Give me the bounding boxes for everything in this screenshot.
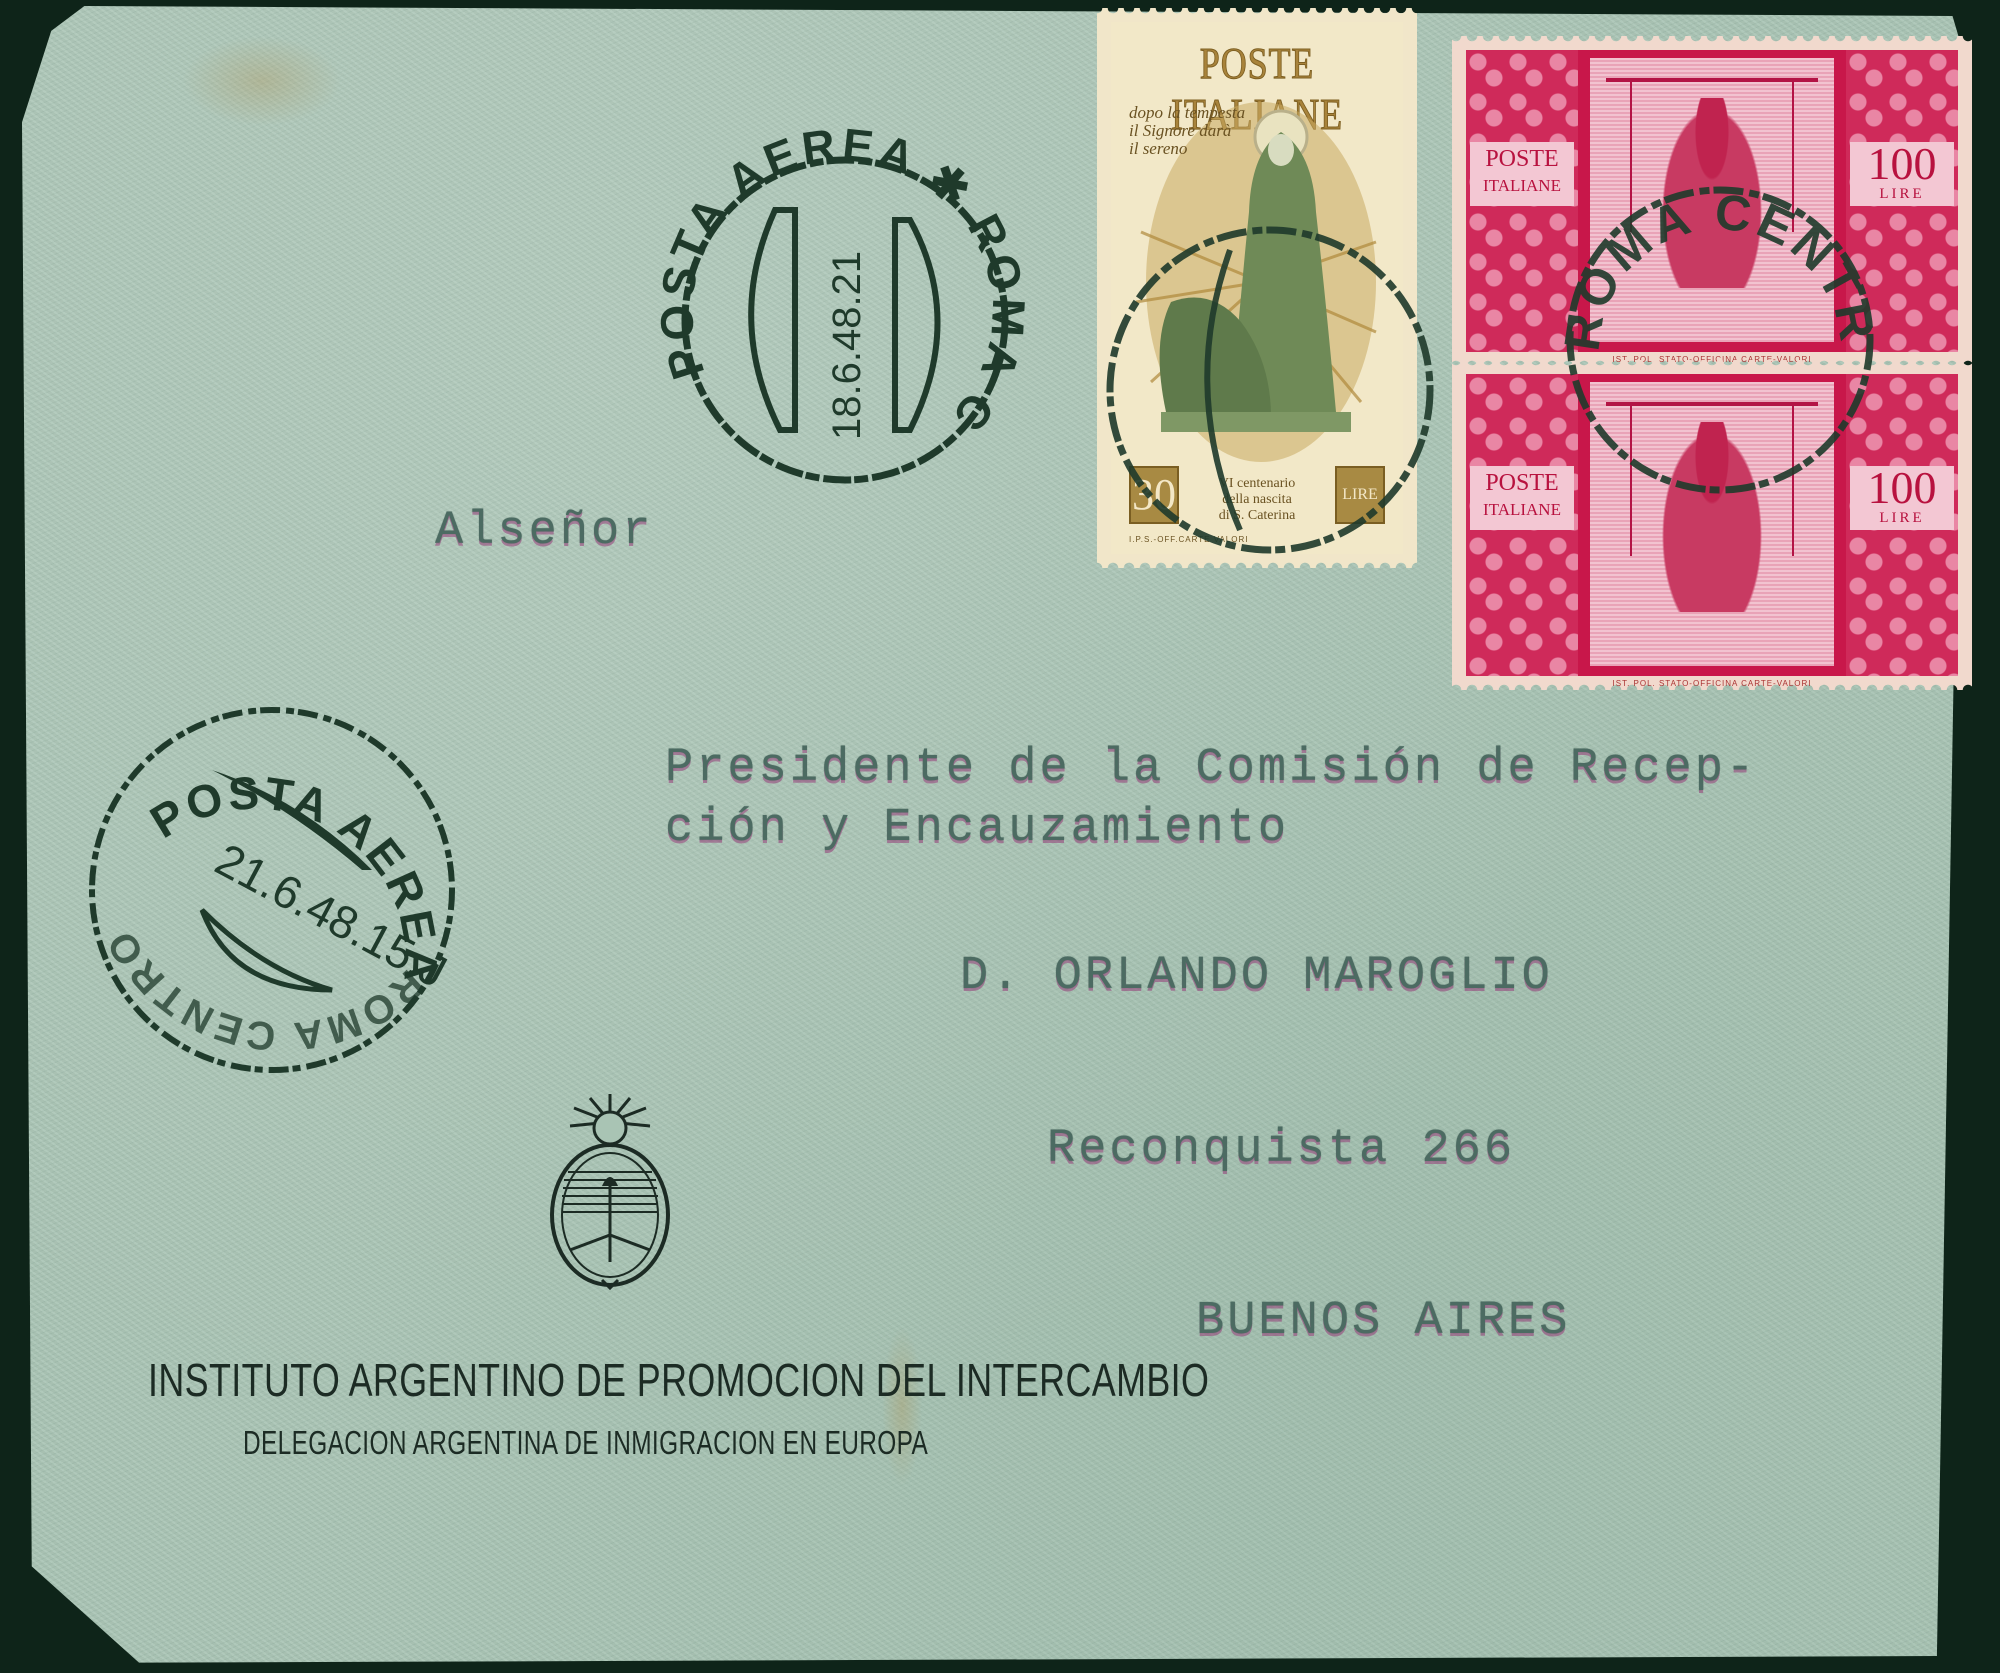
- paper-stain: [182, 36, 342, 126]
- address-line-2: ción y Encauzamiento: [665, 802, 1289, 855]
- argentina-coat-of-arms-icon: [540, 1090, 680, 1295]
- postmark-roma-on-stamps: ROMA CENTRO: [1120, 140, 1900, 615]
- addressee-name: D. ORLANDO MAROGLIO: [960, 950, 1553, 1003]
- address-line-1: Presidente de la Comisión de Recep-: [665, 742, 1757, 795]
- address-city: BUENOS AIRES: [1196, 1295, 1570, 1348]
- postmark-roma-centro-top: POSTA AEREA ✱ ROMA CENTRO 18.6.48.21: [655, 140, 1035, 505]
- stamp-imprint: IST. POL. STATO-OFFICINA CARTE-VALORI: [1466, 679, 1958, 688]
- paper-stain: [882, 1326, 922, 1486]
- postmark-roma-centro-left: POSTA AEREA ROMA CENTRO 21.6.48.15.J: [62, 690, 482, 1115]
- letterhead-subtitle: DELEGACION ARGENTINA DE INMIGRACION EN E…: [243, 1424, 928, 1462]
- scale-icon: [1606, 78, 1818, 82]
- letterhead-title: INSTITUTO ARGENTINO DE PROMOCION DEL INT…: [148, 1353, 870, 1407]
- postmark-date: 18.6.48.21: [825, 251, 869, 440]
- address-street: Reconquista 266: [1047, 1123, 1515, 1176]
- salutation: Alseñor: [435, 505, 653, 558]
